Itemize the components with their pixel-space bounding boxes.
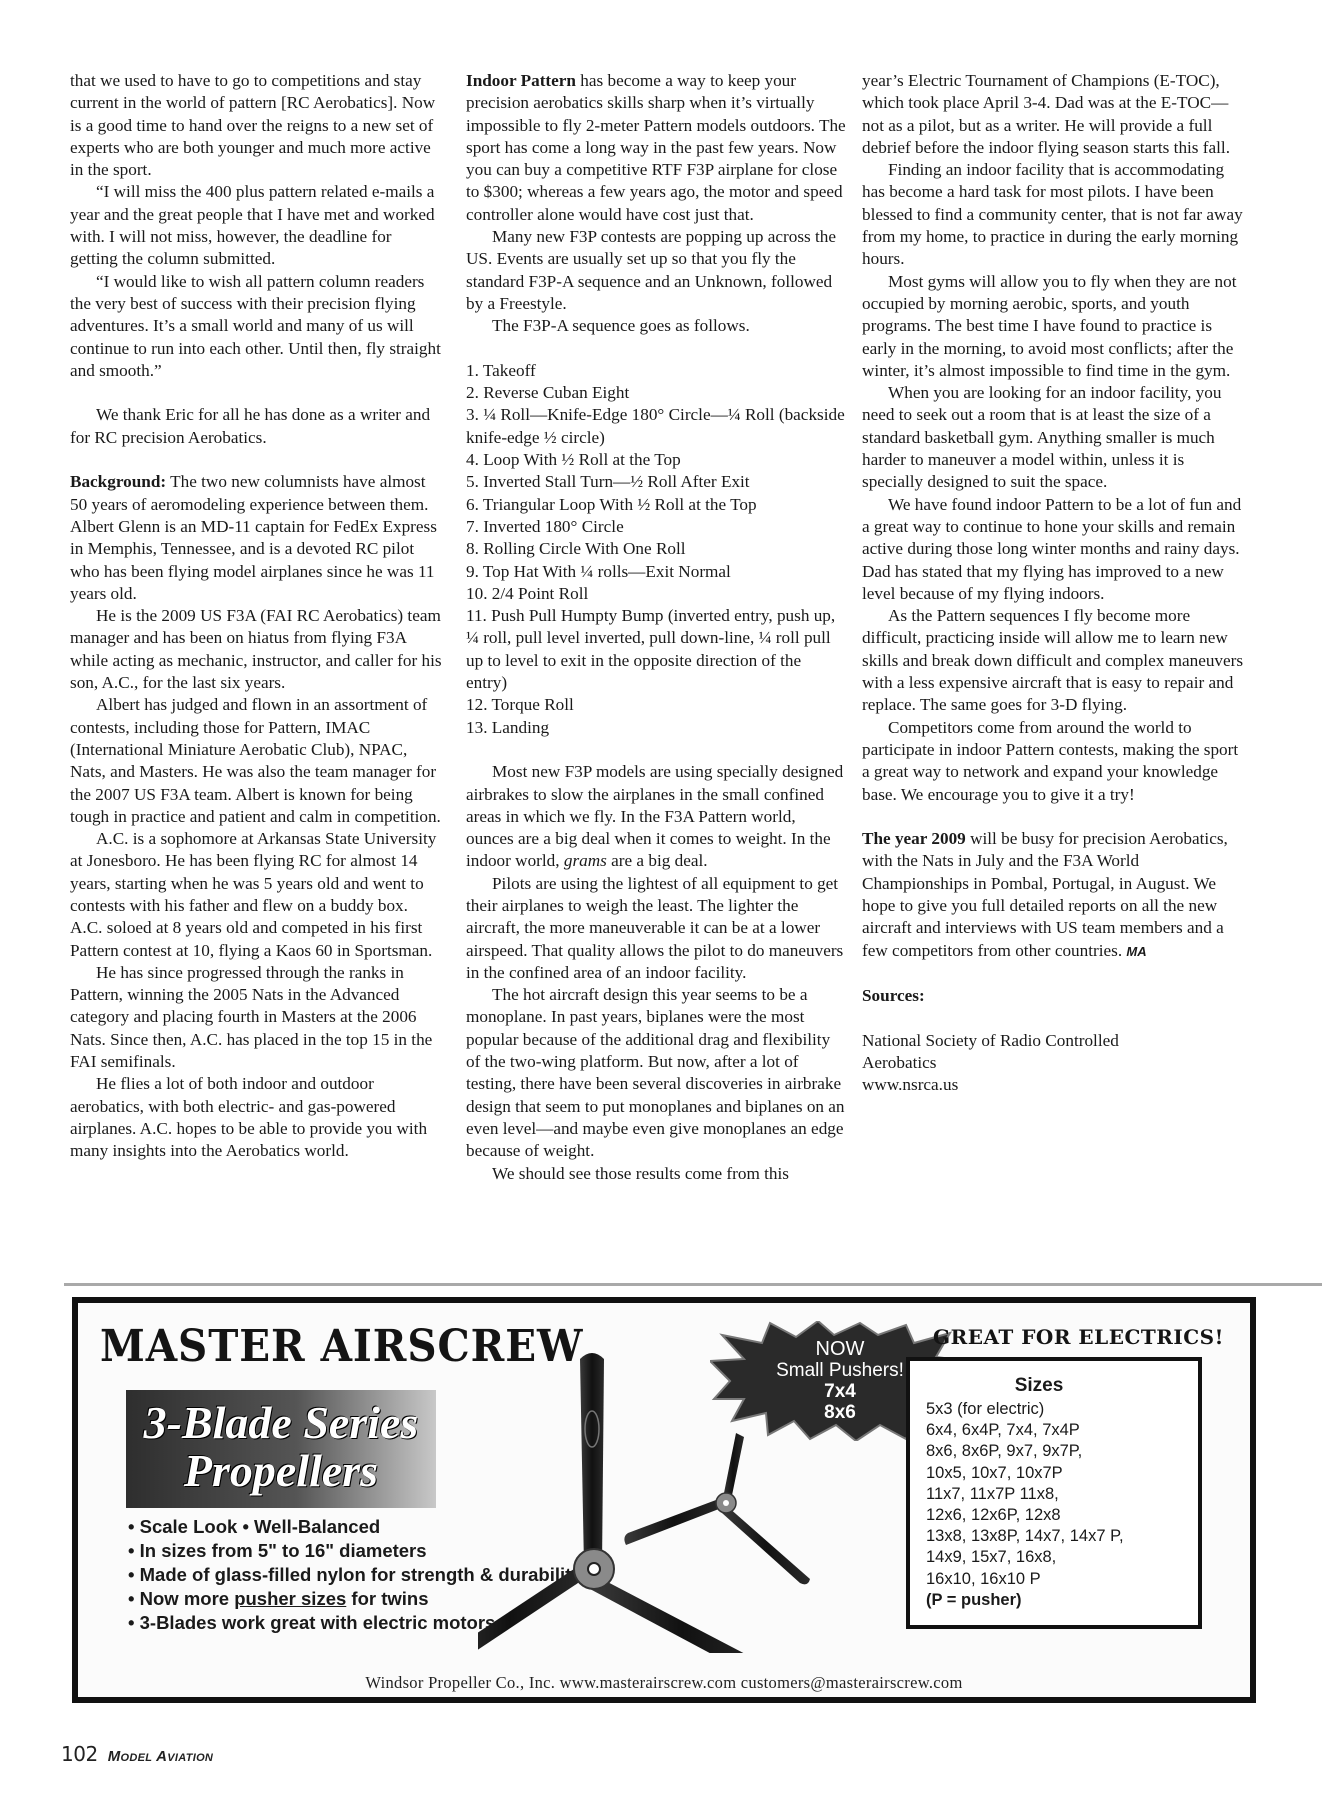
article-column-3: year’s Electric Tournament of Champions … <box>862 70 1247 1097</box>
size-row: 10x5, 10x7, 10x7P <box>926 1463 1198 1484</box>
source-name-cont: Aerobatics <box>862 1052 1247 1074</box>
ad-contact-footer: Windsor Propeller Co., Inc. www.masterai… <box>78 1673 1250 1693</box>
paragraph-background: Background: The two new columnists have … <box>70 471 442 605</box>
paragraph: “I will miss the 400 plus pattern relate… <box>70 181 442 270</box>
list-item: 8. Rolling Circle With One Roll <box>466 538 846 560</box>
size-row: 8x6, 8x6P, 9x7, 9x7P, <box>926 1441 1198 1462</box>
advertisement-master-airscrew[interactable]: MASTER AIRSCREW 3-Blade Series Propeller… <box>72 1297 1256 1703</box>
size-row: 16x10, 16x10 P <box>926 1569 1198 1590</box>
list-item: 7. Inverted 180° Circle <box>466 516 846 538</box>
magazine-logo: Model Aviation <box>108 1748 214 1765</box>
emphasis-grams: grams <box>564 851 607 870</box>
paragraph: Most gyms will allow you to fly when the… <box>862 271 1247 382</box>
list-item: 5. Inverted Stall Turn—½ Roll After Exit <box>466 471 846 493</box>
sizes-note: (P = pusher) <box>926 1590 1198 1611</box>
ad-electrics-heading: GREAT FOR ELECTRICS! <box>933 1325 1224 1349</box>
paragraph: Pilots are using the lightest of all equ… <box>466 873 846 984</box>
source-url-link[interactable]: www.nsrca.us <box>862 1074 1247 1096</box>
list-item: 3. ¼ Roll—Knife-Edge 180° Circle—¼ Roll … <box>466 404 846 449</box>
size-row: 13x8, 13x8P, 14x7, 14x7 P, <box>926 1526 1198 1547</box>
paragraph-year-2009: The year 2009 will be busy for precision… <box>862 828 1247 963</box>
paragraph-indoor-pattern: Indoor Pattern has become a way to keep … <box>466 70 846 226</box>
paragraph: Most new F3P models are using specially … <box>466 761 846 872</box>
source-name: National Society of Radio Controlled <box>862 1030 1247 1052</box>
paragraph: The F3P-A sequence goes as follows. <box>466 315 846 337</box>
lead-in-indoor-pattern: Indoor Pattern <box>466 71 576 90</box>
page-number: 102 <box>61 1742 98 1766</box>
paragraph: Competitors come from around the world t… <box>862 717 1247 806</box>
paragraph: He flies a lot of both indoor and outdoo… <box>70 1073 442 1162</box>
size-row: 6x4, 6x4P, 7x4, 7x4P <box>926 1420 1198 1441</box>
size-row: 14x9, 15x7, 16x8, <box>926 1547 1198 1568</box>
paragraph: The hot aircraft design this year seems … <box>466 984 846 1162</box>
list-item: 10. 2/4 Point Roll <box>466 583 846 605</box>
f3p-a-sequence-list: 1. Takeoff 2. Reverse Cuban Eight 3. ¼ R… <box>466 360 846 739</box>
paragraph: that we used to have to go to competitio… <box>70 70 442 181</box>
ad-product-banner: 3-Blade Series Propellers <box>126 1390 436 1508</box>
paragraph: Many new F3P contests are popping up acr… <box>466 226 846 315</box>
paragraph: He is the 2009 US F3A (FAI RC Aerobatics… <box>70 605 442 694</box>
article-column-1: that we used to have to go to competitio… <box>70 70 442 1163</box>
page-footer: 102Model Aviation <box>61 1742 213 1766</box>
sources-heading: Sources: <box>862 985 1247 1007</box>
lead-in-background: Background: <box>70 472 166 491</box>
list-item: 13. Landing <box>466 717 846 739</box>
paragraph: When you are looking for an indoor facil… <box>862 382 1247 493</box>
paragraph: We should see those results come from th… <box>466 1163 846 1185</box>
list-item: 2. Reverse Cuban Eight <box>466 382 846 404</box>
ad-sizes-box: Sizes 5x3 (for electric) 6x4, 6x4P, 7x4,… <box>906 1357 1202 1629</box>
paragraph: year’s Electric Tournament of Champions … <box>862 70 1247 159</box>
list-item: 12. Torque Roll <box>466 694 846 716</box>
paragraph: Albert has judged and flown in an assort… <box>70 694 442 828</box>
end-mark-icon: MA <box>1126 944 1146 959</box>
list-item: 9. Top Hat With ¼ rolls—Exit Normal <box>466 561 846 583</box>
paragraph: As the Pattern sequences I fly become mo… <box>862 605 1247 716</box>
paragraph: We have found indoor Pattern to be a lot… <box>862 494 1247 605</box>
sizes-heading: Sizes <box>880 1375 1198 1397</box>
paragraph: A.C. is a sophomore at Arkansas State Un… <box>70 828 442 962</box>
list-item: 6. Triangular Loop With ½ Roll at the To… <box>466 494 846 516</box>
paragraph: He has since progressed through the rank… <box>70 962 442 1073</box>
list-item: 11. Push Pull Humpty Bump (inverted entr… <box>466 605 846 694</box>
lead-in-year-2009: The year 2009 <box>862 829 966 848</box>
sizes-list: 5x3 (for electric) 6x4, 6x4P, 7x4, 7x4P … <box>926 1399 1198 1590</box>
list-item: 4. Loop With ½ Roll at the Top <box>466 449 846 471</box>
paragraph: Finding an indoor facility that is accom… <box>862 159 1247 270</box>
list-item: 1. Takeoff <box>466 360 846 382</box>
paragraph: “I would like to wish all pattern column… <box>70 271 442 382</box>
paragraph: We thank Eric for all he has done as a w… <box>70 404 442 449</box>
size-row: 12x6, 12x6P, 12x8 <box>926 1505 1198 1526</box>
section-divider <box>64 1283 1322 1286</box>
size-row: 11x7, 11x7P 11x8, <box>926 1484 1198 1505</box>
article-column-2: Indoor Pattern has become a way to keep … <box>466 70 846 1185</box>
size-row: 5x3 (for electric) <box>926 1399 1198 1420</box>
